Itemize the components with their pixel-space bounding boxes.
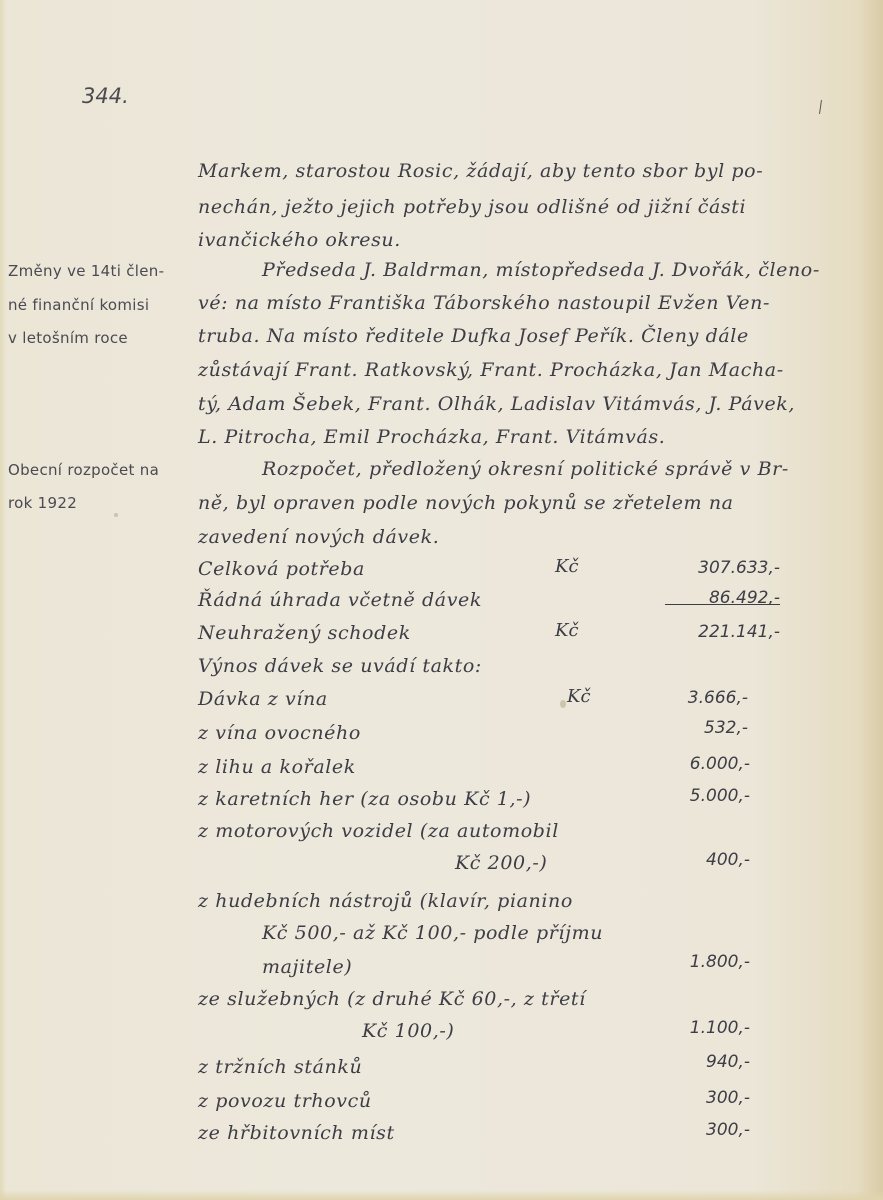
revenue-amount: 3.666,-	[638, 688, 748, 708]
revenue-label: z tržních stánků	[198, 1056, 362, 1078]
revenue-label: z hudebních nástrojů (klavír, pianino	[198, 890, 573, 912]
budget-line-2: ně, byl opraven podle nových pokynů se z…	[198, 492, 734, 514]
budget-amount: 221.141,-	[670, 622, 780, 642]
revenue-amount: 5.000,-	[640, 786, 750, 806]
margin-note-budget-1: Obecní rozpočet na	[8, 461, 159, 479]
revenue-label-cont: Kč 500,- až Kč 100,- podle příjmu	[262, 922, 603, 944]
budget-line-3: zavedení nových dávek.	[198, 526, 439, 548]
page-number: 344.	[82, 84, 129, 108]
committee-line-3: truba. Na místo ředitele Dufka Josef Peř…	[198, 325, 749, 347]
budget-amount: 307.633,-	[670, 558, 780, 578]
ink-spot	[114, 513, 118, 517]
margin-note-committee-3: v letošním roce	[8, 329, 128, 347]
margin-note-committee-1: Změny ve 14ti člen-	[8, 262, 164, 280]
ledger-page: 344. Markem, starostou Rosic, žádají, ab…	[0, 0, 883, 1200]
revenue-label-cont: Kč 100,-)	[362, 1020, 454, 1042]
revenue-label: z lihu a kořalek	[198, 756, 356, 778]
budget-label: Řádná úhrada včetně dávek	[198, 589, 482, 611]
revenue-amount: 400,-	[640, 850, 750, 870]
committee-line-4: zůstávají Frant. Ratkovský, Frant. Proch…	[198, 359, 784, 381]
committee-line-2: vé: na místo Františka Táborského nastou…	[198, 292, 770, 314]
budget-label: Neuhražený schodek	[198, 622, 411, 644]
budget-line-1: Rozpočet, předložený okresní politické s…	[262, 458, 789, 480]
revenue-label: z motorových vozidel (za automobil	[198, 820, 559, 842]
revenue-label: ze služebných (z druhé Kč 60,-, z třetí	[198, 988, 586, 1010]
intro-line-2: nechán, ježto jejich potřeby jsou odlišn…	[198, 196, 746, 218]
budget-amount: 86.492,-	[670, 588, 780, 608]
revenue-amount: 1.100,-	[640, 1018, 750, 1038]
revenue-amount: 1.800,-	[640, 952, 750, 972]
revenue-label: z vína ovocného	[198, 722, 361, 744]
revenue-amount: 300,-	[640, 1120, 750, 1140]
revenue-label: z povozu trhovců	[198, 1090, 372, 1112]
revenue-amount: 300,-	[640, 1088, 750, 1108]
intro-line-1: Markem, starostou Rosic, žádají, aby ten…	[198, 160, 763, 182]
revenue-label: ze hřbitovních míst	[198, 1122, 395, 1144]
revenue-heading: Výnos dávek se uvádí takto:	[198, 655, 482, 677]
revenue-label-cont: majitele)	[262, 956, 352, 978]
budget-currency: Kč	[555, 620, 579, 641]
revenue-currency: Kč	[567, 686, 591, 707]
budget-label: Celková potřeba	[198, 558, 365, 580]
committee-line-6: L. Pitrocha, Emil Procházka, Frant. Vitá…	[198, 426, 665, 448]
budget-currency: Kč	[555, 556, 579, 577]
margin-note-budget-2: rok 1922	[8, 494, 77, 512]
revenue-label-cont: Kč 200,-)	[455, 852, 547, 874]
revenue-label: Dávka z vína	[198, 688, 328, 710]
committee-line-5: tý, Adam Šebek, Frant. Olhák, Ladislav V…	[198, 393, 795, 415]
sum-rule	[665, 604, 780, 605]
pencil-mark	[819, 100, 822, 114]
revenue-amount: 940,-	[640, 1052, 750, 1072]
committee-line-1: Předseda J. Baldrman, místopředseda J. D…	[262, 259, 820, 281]
revenue-label: z karetních her (za osobu Kč 1,-)	[198, 788, 531, 810]
paper-stain	[560, 700, 566, 708]
revenue-amount: 532,-	[638, 718, 748, 738]
revenue-amount: 6.000,-	[640, 754, 750, 774]
margin-note-committee-2: né finanční komisi	[8, 296, 149, 314]
intro-line-3: ivančického okresu.	[198, 229, 401, 251]
